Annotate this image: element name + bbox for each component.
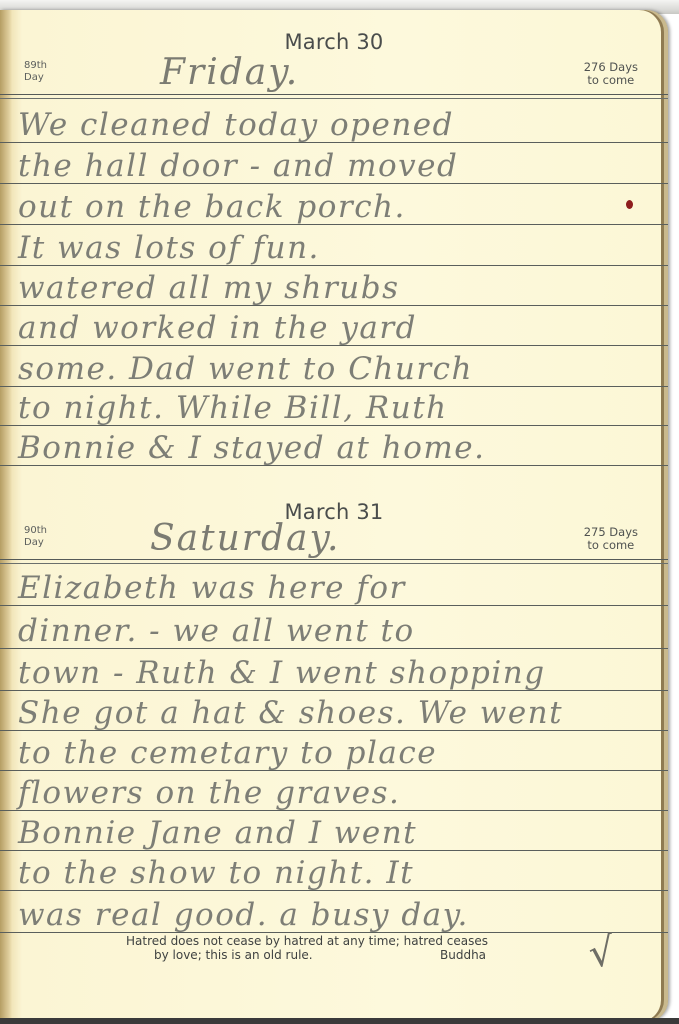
handwritten-line: was real good. a busy day. (18, 896, 658, 934)
handwritten-line: We cleaned today opened (18, 106, 658, 144)
quote-author: Buddha (440, 948, 486, 962)
handwritten-line: the hall door - and moved (18, 147, 658, 185)
handwritten-line: and worked in the yard (18, 309, 658, 347)
handwritten-line: Bonnie Jane and I went (18, 814, 658, 852)
handwritten-line: to the cemetary to place (18, 734, 658, 772)
red-ink-dot (626, 200, 633, 209)
day-label: Day (24, 537, 47, 549)
handwritten-line: flowers on the graves. (18, 774, 658, 812)
handwritten-line: to night. While Bill, Ruth (18, 389, 658, 427)
handwritten-line: Bonnie & I stayed at home. (18, 429, 658, 467)
day-label: Day (24, 72, 47, 84)
handwritten-line: It was lots of fun. (18, 229, 658, 267)
header-double-rule (0, 559, 668, 564)
weekday-handwritten: Friday. (160, 52, 299, 93)
day-number: 89th (24, 60, 47, 72)
days-to-come: 276 Days to come (584, 61, 638, 87)
days-remaining-label: to come (584, 74, 638, 87)
weekday-handwritten: Saturday. (150, 518, 341, 559)
handwritten-line: out on the back porch. (18, 188, 658, 226)
days-remaining-label: to come (584, 539, 638, 552)
day-of-year: 89th Day (24, 60, 47, 84)
entry-date: March 30 (0, 30, 668, 54)
footer-quote: Hatred does not cease by hatred at any t… (126, 934, 488, 962)
quote-line-2: by love; this is an old rule. (126, 948, 488, 962)
handwritten-line: She got a hat & shoes. We went (18, 694, 658, 732)
check-mark-icon: √ (586, 928, 618, 977)
day-of-year: 90th Day (24, 525, 47, 549)
handwritten-line: dinner. - we all went to (18, 612, 658, 650)
handwritten-line: town - Ruth & I went shopping (18, 654, 658, 692)
handwritten-line: watered all my shrubs (18, 269, 658, 307)
days-to-come: 275 Days to come (584, 526, 638, 552)
handwritten-line: Elizabeth was here for (18, 569, 658, 607)
header-double-rule (0, 94, 668, 99)
day-number: 90th (24, 525, 47, 537)
quote-line-1: Hatred does not cease by hatred at any t… (126, 934, 488, 948)
handwritten-line: to the show to night. It (18, 854, 658, 892)
diary-page: March 30 89th Day 276 Days to come Frida… (0, 10, 668, 1022)
book-edge (0, 1018, 679, 1024)
handwritten-line: some. Dad went to Church (18, 350, 658, 388)
